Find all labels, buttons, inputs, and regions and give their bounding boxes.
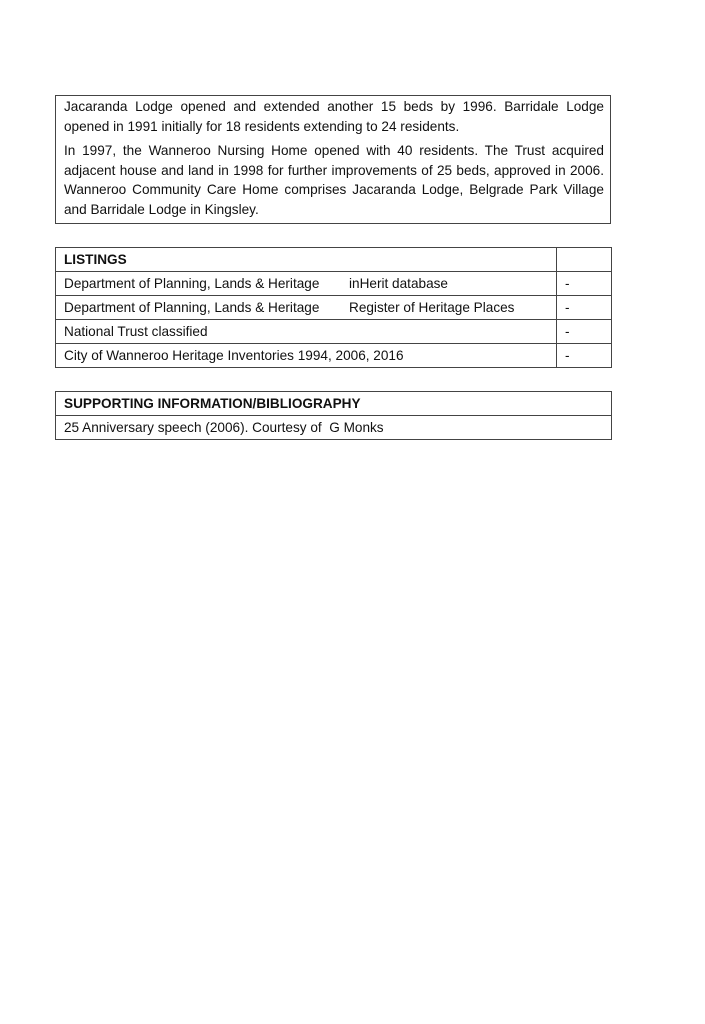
history-text-box: Jacaranda Lodge opened and extended anot… xyxy=(55,95,611,224)
listing-cell: Department of Planning, Lands & Heritage… xyxy=(56,272,557,296)
history-paragraph: Jacaranda Lodge opened and extended anot… xyxy=(64,97,604,136)
listing-mark: - xyxy=(557,296,612,320)
table-row: Department of Planning, Lands & Heritage… xyxy=(56,272,612,296)
listing-cell: City of Wanneroo Heritage Inventories 19… xyxy=(56,344,557,368)
listing-source: Department of Planning, Lands & Heritage xyxy=(64,276,349,292)
bibliography-header: SUPPORTING INFORMATION/BIBLIOGRAPHY xyxy=(56,392,612,416)
listing-mark: - xyxy=(557,272,612,296)
listing-source: City of Wanneroo Heritage Inventories 19… xyxy=(64,348,404,363)
listing-source: Department of Planning, Lands & Heritage xyxy=(64,300,349,316)
listings-header-row: LISTINGS xyxy=(56,248,612,272)
listings-header: LISTINGS xyxy=(56,248,557,272)
listing-cell: National Trust classified xyxy=(56,320,557,344)
listing-mark: - xyxy=(557,320,612,344)
listings-header-mark xyxy=(557,248,612,272)
table-row: Department of Planning, Lands & Heritage… xyxy=(56,296,612,320)
table-row: City of Wanneroo Heritage Inventories 19… xyxy=(56,344,612,368)
listing-detail: inHerit database xyxy=(349,276,448,291)
history-paragraph: In 1997, the Wanneroo Nursing Home opene… xyxy=(64,141,604,219)
listing-source: National Trust classified xyxy=(64,324,208,339)
listing-detail: Register of Heritage Places xyxy=(349,300,514,315)
listing-cell: Department of Planning, Lands & Heritage… xyxy=(56,296,557,320)
bibliography-entry: 25 Anniversary speech (2006). Courtesy o… xyxy=(56,416,612,440)
bibliography-table: SUPPORTING INFORMATION/BIBLIOGRAPHY 25 A… xyxy=(55,391,612,440)
listing-mark: - xyxy=(557,344,612,368)
table-row: 25 Anniversary speech (2006). Courtesy o… xyxy=(56,416,612,440)
bibliography-header-row: SUPPORTING INFORMATION/BIBLIOGRAPHY xyxy=(56,392,612,416)
table-row: National Trust classified - xyxy=(56,320,612,344)
listings-table: LISTINGS Department of Planning, Lands &… xyxy=(55,247,612,368)
